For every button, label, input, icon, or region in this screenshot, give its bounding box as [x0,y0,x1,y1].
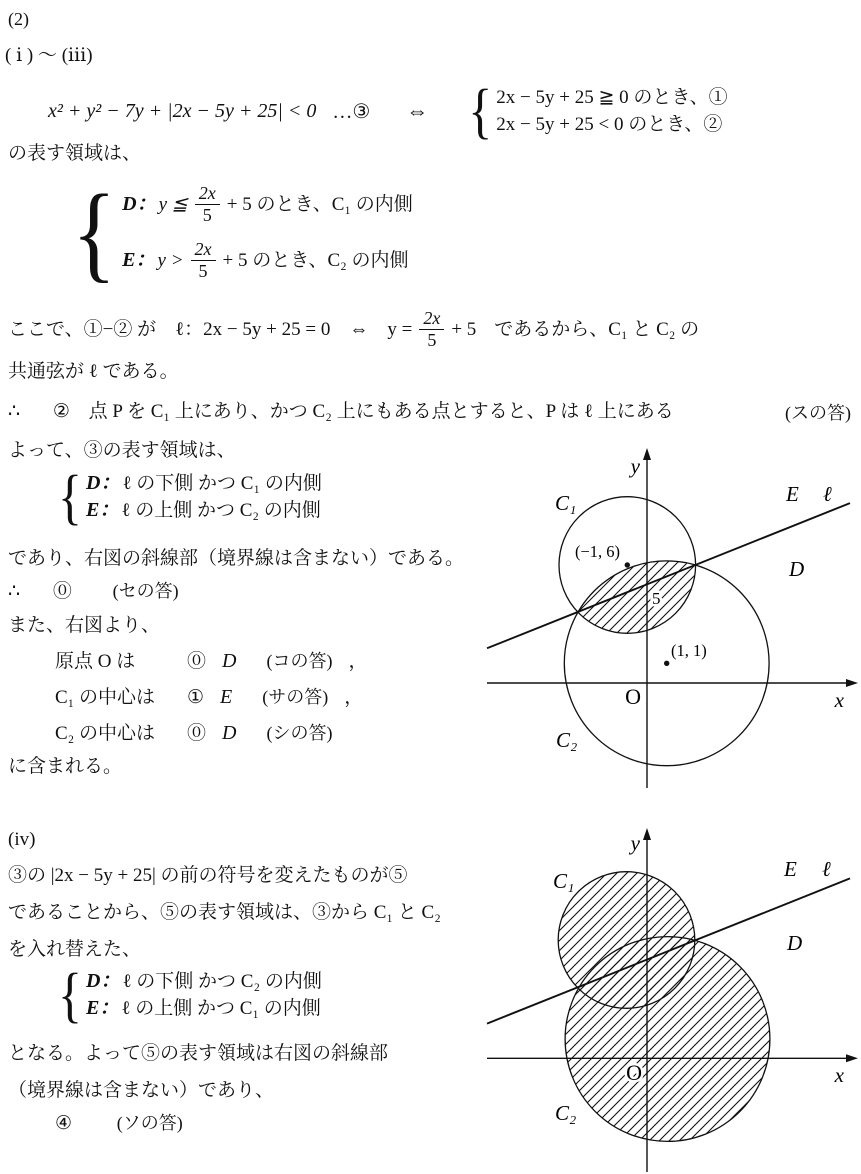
answer-choice-2: ② [53,401,70,422]
region-D-label: D [786,931,802,955]
answer-choice: ① [187,684,204,711]
condition-suffix: + 5 のとき、C₂ の内側 [223,247,409,274]
part-2-label: (2) [8,6,29,33]
left-brace: { [468,81,492,142]
answer-sa-tag: (サの答) [262,684,328,711]
case-E-line: E：ℓ の上側 かつ C₁ の内側 [86,995,322,1022]
case-D-line: D：ℓ の下側 かつ C₁ の内側 [86,470,322,497]
case-body: ℓ の下側 かつ C₂ の内側 [122,968,321,995]
case-E-line: E：ℓ の上側 かつ C₂ の内側 [86,497,322,524]
sign-cases-block: { 2x − 5y + 25 ≧ 0 のとき、① 2x − 5y + 25 < … [468,84,727,138]
region-E-letter: E： [86,497,119,524]
row-label: 原点 O は [55,648,173,675]
fraction-2x-over-5: 2x5 [195,183,220,224]
fraction-2x-over-5: 2x5 [419,308,444,349]
common-chord-statement: 共通弦が ℓ である。 [8,358,179,385]
y-axis-label: y [629,454,641,478]
c2-label: C₂ [556,728,577,752]
case-E-line: E： y > 2x5 + 5 のとき、C₂ の内側 [122,232,413,288]
iv-line-5: （境界線は含まない）であり、 [8,1077,274,1104]
iff-symbol: ⇔ [406,98,428,124]
answer-su-line: ∴ ② 点 P を C₁ 上にあり、かつ C₂ 上にもある点とすると、P は ℓ… [8,398,861,425]
left-brace: { [72,178,116,287]
answer-su-body: 点 P を C₁ 上にあり、かつ C₂ 上にもある点とすると、P は ℓ 上にあ… [89,401,674,422]
figure-region-5: y x O C₁ C₂ E ℓ D [450,800,861,1174]
c1-label: C₁ [553,869,574,893]
answer-se-line: ∴ ⓪ (セの答) [8,578,179,605]
c1-center-inclusion-row: C₁ の中心は ① E (サの答) ， [55,684,363,711]
derivation-prefix: ここで、①−② が ℓ：2x − 5y + 25 = 0 ⇔ y = [8,316,412,343]
mata-line: また、右図より、 [8,612,160,639]
c2-center-coords: (1, 1) [671,641,707,660]
fraction-denominator: 5 [195,261,212,281]
fukumaru-line: に含まれる。 [8,753,122,780]
common-chord-derivation: ここで、①−② が ℓ：2x − 5y + 25 = 0 ⇔ y = 2x5 +… [8,304,699,354]
origin-label: O [626,1060,642,1085]
case-D-line: D： y ≦ 2x5 + 5 のとき、C₁ の内側 [122,176,413,232]
region-E-letter: E： [86,995,119,1022]
fraction-numerator: 2x [195,183,220,204]
answer-ko-tag: (コの答) [266,648,332,675]
hatched-region-note: であり、右図の斜線部（境界線は含まない）である。 [8,545,464,572]
figure-region-3: y x O C₁ C₂ E ℓ D (−1, 6) (1, 1) 5 [450,440,861,790]
region-E-label: E [785,482,799,506]
c2-label: C₂ [555,1101,576,1125]
answer-choice: ⓪ [187,720,206,747]
left-brace: { [58,965,82,1026]
iv-line-2: であることから、⑤の表す領域は、③から C₁ と C₂ [8,899,441,926]
origin-inclusion-row: 原点 O は ⓪ D (コの答) ， [55,648,367,675]
condition-suffix: + 5 のとき、C₁ の内側 [227,191,413,218]
case-negative: 2x − 5y + 25 < 0 のとき、② [496,111,727,138]
inequality-3-row: x² + y² − 7y + |2x − 5y + 25| < 0 …③ ⇔ {… [48,82,728,140]
line-l-label: ℓ [823,482,832,506]
c1-label: C₁ [555,491,576,515]
therefore-symbol: ∴ [8,581,20,602]
region-D-label: D [788,557,804,581]
fraction-denominator: 5 [199,205,216,225]
derivation-mid: + 5 [451,316,476,343]
comma: ， [348,648,367,675]
therefore-symbol: ∴ [8,401,20,422]
fraction-numerator: 2x [191,239,216,260]
iv-line-4: となる。よって⑤の表す領域は右図の斜線部 [8,1040,388,1067]
region-D-letter: D： [122,191,156,218]
fraction-2x-over-5: 2x5 [191,239,216,280]
iv-line-3: を入れ替えた、 [8,936,141,963]
case-body: ℓ の上側 かつ C₂ の内側 [121,497,320,524]
condition-prefix: y > [158,247,184,274]
left-brace: { [58,467,82,528]
region-D-letter: D： [86,470,120,497]
c2-center-inclusion-row: C₂ の中心は ⓪ D (シの答) [55,720,348,747]
answer-so-tag: (ソの答) [117,1113,183,1133]
row-label: C₁ の中心は [55,684,173,711]
answer-choice-4: ④ [55,1113,72,1134]
comma: ， [344,684,363,711]
iv-line-1: ③の |2x − 5y + 25| の前の符号を変えたものが⑤ [8,862,408,889]
case-D-line: D：ℓ の下側 かつ C₂ の内側 [86,968,322,995]
x-axis-label: x [834,688,845,712]
case-body: ℓ の下側 かつ C₁ の内側 [122,470,321,497]
region-E-label: E [783,857,797,881]
answer-su-tag: (スの答) [785,400,851,427]
region-E-letter: E： [122,247,155,274]
region-letter: D [222,648,236,675]
inequality-3-formula: x² + y² − 7y + |2x − 5y + 25| < 0 [48,100,316,123]
origin-label: O [625,684,641,709]
condition-prefix: y ≦ [159,191,188,218]
case-body: ℓ の上側 かつ C₁ の内側 [121,995,320,1022]
region-letter: E [220,684,232,711]
case-nonnegative: 2x − 5y + 25 ≧ 0 のとき、① [496,84,727,111]
yotte-line: よって、③の表す領域は、 [8,437,236,464]
y-axis-arrow [643,828,651,840]
fraction-denominator: 5 [423,330,440,350]
y-axis-label: y [629,831,641,855]
c2-center-dot [664,661,669,666]
answer-so-line: ④ (ソの答) [55,1110,183,1137]
answer-choice: ⓪ [187,648,206,675]
DE-side-cases-2: { D：ℓ の下側 かつ C₂ の内側 E：ℓ の上側 かつ C₁ の内側 [58,968,322,1022]
x-axis-arrow [846,1054,858,1062]
line-l-label: ℓ [822,857,831,881]
answer-choice-0: ⓪ [53,581,72,602]
x-axis-arrow [846,679,858,687]
answer-se-tag: (セの答) [113,581,179,601]
part-iv-label: (iv) [8,826,35,853]
formula-3-tag: …③ [332,99,370,124]
DE-fraction-cases: { D： y ≦ 2x5 + 5 のとき、C₁ の内側 E： y > 2x5 +… [72,176,413,288]
subparts-range-label: ( ⅰ ) ～ (ⅲ) [5,42,93,69]
derivation-suffix: であるから、C₁ と C₂ の [494,316,699,343]
region-D-letter: D： [86,968,120,995]
c1-center-coords: (−1, 6) [575,542,620,561]
fraction-numerator: 2x [419,308,444,329]
circle-C2-hatched [565,937,770,1142]
region-letter: D [222,720,236,747]
solution-page: (2) ( ⅰ ) ～ (ⅲ) x² + y² − 7y + |2x − 5y … [0,0,861,1174]
y-axis-arrow [643,448,651,460]
answer-shi-tag: (シの答) [266,720,332,747]
y-intercept-label: 5 [652,589,661,608]
c1-center-dot [625,562,630,567]
row-label: C₂ の中心は [55,720,173,747]
region-intro-line: の表す領域は、 [8,140,141,167]
x-axis-label: x [834,1063,845,1087]
DE-side-cases-1: { D：ℓ の下側 かつ C₁ の内側 E：ℓ の上側 かつ C₂ の内側 [58,470,322,524]
